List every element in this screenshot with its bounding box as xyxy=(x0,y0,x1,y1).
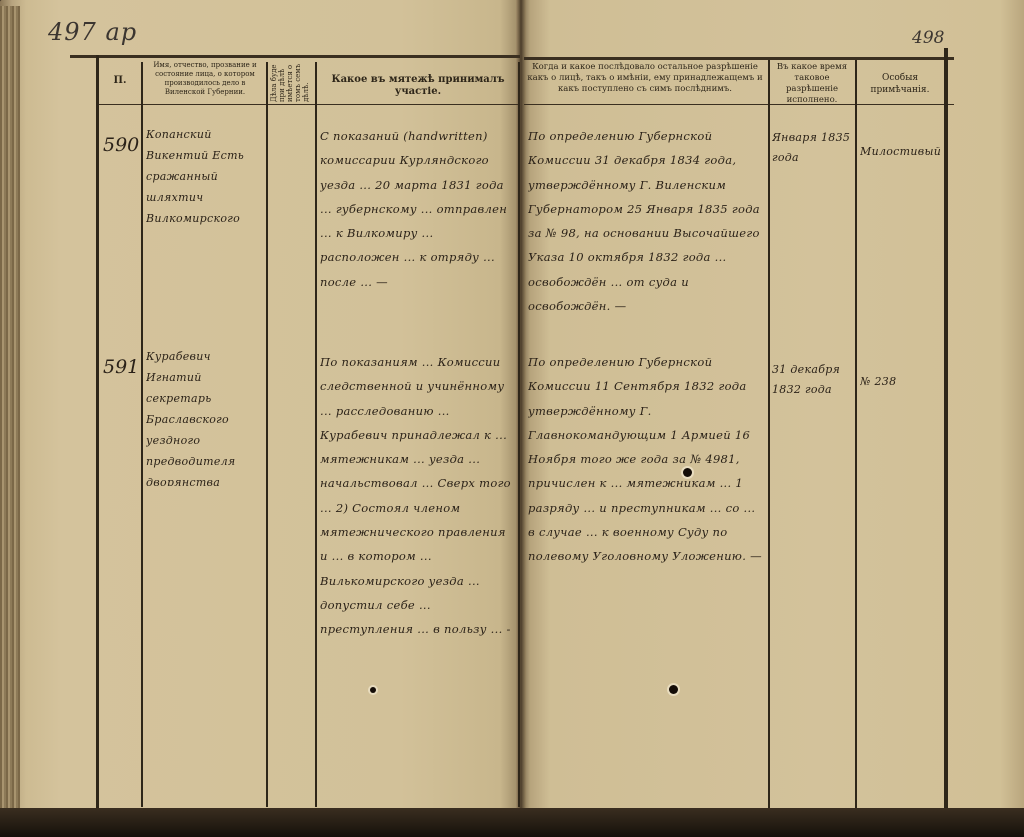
row-591-participation: По показаниям ... Комиссии следственной … xyxy=(320,350,516,805)
header-top-rule-left xyxy=(70,55,520,58)
column-rule-participation xyxy=(518,62,520,807)
header-resolution: Когда и какое послѣдовало остальное разр… xyxy=(524,62,766,95)
column-rule-name xyxy=(266,62,268,807)
row-590-executed: Января 1835 года xyxy=(772,128,854,172)
page-number-left: 497 ар xyxy=(48,18,137,46)
row-590-remarks: Милостивый xyxy=(860,142,942,166)
paper-hole xyxy=(370,687,376,693)
row-590-number: 590 xyxy=(103,134,139,156)
row-591-executed: 31 декабря 1832 года xyxy=(772,360,854,404)
page-number-right: 498 xyxy=(912,28,944,48)
header-executed: Въ какое время таковое разрѣшеніе исполн… xyxy=(770,62,854,106)
row-591-number: 591 xyxy=(103,356,139,378)
column-rule-resolution xyxy=(768,60,770,808)
column-rule-no xyxy=(141,62,143,807)
column-rule-outer-right xyxy=(944,48,948,808)
header-no: П. xyxy=(100,75,140,87)
column-rule-case xyxy=(315,62,317,807)
row-591-remarks: № 238 xyxy=(860,372,942,402)
ledger-spread: 497 ар 498 П. Имя, отчество, прозвание и… xyxy=(0,0,1024,812)
table-surface xyxy=(0,808,1024,837)
header-participation: Какое въ мятежѣ принималъ участіе. xyxy=(320,74,516,98)
paper-hole xyxy=(669,685,678,694)
row-591-resolution: По определению Губернской Комиссии 11 Се… xyxy=(528,350,766,790)
row-590-participation: С показаний (handwritten) комиссарии Кур… xyxy=(320,124,516,309)
header-case: Дѣла буде при дѣлѣ имѣется о томъ семъ д… xyxy=(270,60,312,102)
row-590-resolution: По определению Губернской Комиссии 31 де… xyxy=(528,124,766,319)
header-remarks: Особыя примѣчанія. xyxy=(858,72,942,96)
paper-hole xyxy=(683,468,692,477)
column-rule-executed xyxy=(855,60,857,808)
header-bottom-rule-right xyxy=(524,104,954,105)
row-591-name: Курабевич Игнатий секретарь Браславского… xyxy=(146,346,264,486)
column-rule-outer-left xyxy=(96,55,99,810)
header-top-rule-right xyxy=(524,57,954,60)
header-name: Имя, отчество, прозвание и состояние лиц… xyxy=(146,61,264,97)
row-590-name: Копанский Викентий Есть сражанный шляхти… xyxy=(146,124,264,234)
page-edges xyxy=(0,6,20,812)
header-bottom-rule-left xyxy=(96,104,520,105)
